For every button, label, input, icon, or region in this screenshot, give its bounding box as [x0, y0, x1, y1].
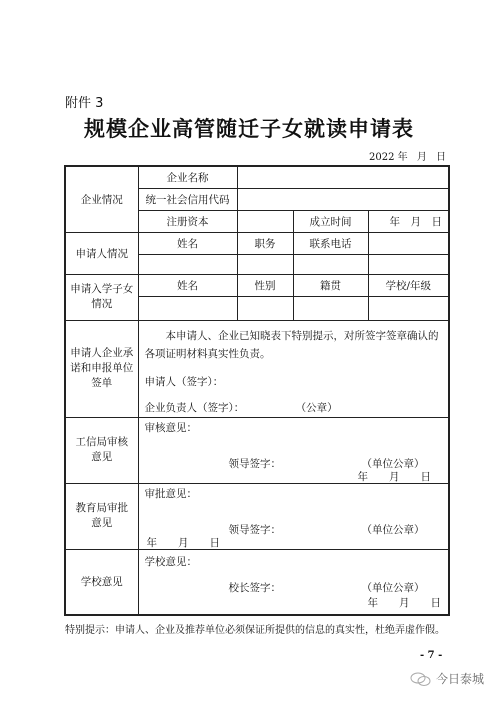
applicant-header-phone: 联系电话	[293, 232, 368, 254]
applicant-signature-label: 申请人（签字）：	[145, 373, 443, 391]
registered-capital-field[interactable]	[237, 210, 293, 232]
school-date: 年 月 日	[368, 595, 442, 610]
school-section-label: 学校意见	[65, 549, 138, 615]
established-label: 成立时间	[293, 210, 368, 232]
commitment-statement: 本申请人、企业已知晓表下特别提示，对所签字签章确认的各项证明材料真实性负责。	[145, 327, 443, 363]
credit-code-field[interactable]	[237, 188, 449, 210]
date-day: 日	[436, 152, 446, 163]
child-section-label-text: 申请入学子女情况	[70, 283, 133, 310]
date-year: 2022 年	[369, 152, 408, 163]
applicant-section-label: 申请人情况	[65, 232, 138, 274]
child-section-label: 申请入学子女情况	[65, 274, 138, 320]
industry-bureau-date: 年 月 日	[358, 469, 432, 484]
industry-bureau-leader-sign: 领导签字：	[229, 456, 282, 471]
school-opinion-area[interactable]: 学校意见： 校长签字： （单位公章） 年 月 日	[138, 549, 449, 615]
child-header-gender: 性别	[237, 274, 293, 296]
education-bureau-section-label: 教育局审批意见	[65, 483, 138, 549]
applicant-name-field[interactable]	[138, 254, 237, 274]
enterprise-section-label: 企业情况	[65, 166, 138, 232]
applicant-extra-field[interactable]	[293, 254, 368, 274]
child-gender-field[interactable]	[237, 296, 293, 320]
industry-bureau-opinion-label: 审核意见：	[145, 420, 198, 435]
enterprise-signature-row: 企业负责人（签字）： （公章）	[145, 399, 443, 417]
commitment-section-label: 申请人企业承诺和申报单位签单	[65, 320, 138, 417]
registered-capital-label: 注册资本	[138, 210, 237, 232]
applicant-header-name: 姓名	[138, 232, 237, 254]
child-header-name: 姓名	[138, 274, 237, 296]
school-opinion-label: 学校意见：	[145, 554, 198, 569]
credit-code-label: 统一社会信用代码	[138, 188, 237, 210]
applicant-header-position: 职务	[237, 232, 293, 254]
established-date-field[interactable]: 年 月 日	[368, 210, 449, 232]
industry-bureau-section-label: 工信局审核意见	[65, 417, 138, 483]
wechat-icon	[410, 672, 432, 686]
attachment-label: 附件 3	[65, 92, 103, 111]
applicant-phone-field[interactable]	[368, 232, 449, 254]
watermark: 今日泰城	[410, 670, 484, 687]
enterprise-name-label: 企业名称	[138, 166, 237, 188]
form-date: 2022 年 月 日	[363, 148, 446, 163]
child-header-school: 学校/年级	[368, 274, 449, 296]
education-bureau-opinion-area[interactable]: 审批意见： 领导签字： （单位公章） 年 月 日	[138, 483, 449, 549]
special-notice: 特别提示：申请人、企业及推荐单位必须保证所提供的信息的真实性，杜绝弄虚作假。	[65, 621, 445, 636]
applicant-extra-field-2[interactable]	[368, 254, 449, 274]
page-title: 规模企业高管随迁子女就读申请表	[0, 113, 498, 143]
child-name-field[interactable]	[138, 296, 237, 320]
date-month: 月	[417, 152, 427, 163]
school-seal: （单位公章）	[362, 580, 425, 595]
enterprise-signature-label: 企业负责人（签字）：	[145, 402, 245, 414]
child-school-field[interactable]	[368, 296, 449, 320]
school-principal-sign: 校长签字：	[229, 580, 282, 595]
child-header-origin: 籍贯	[293, 274, 368, 296]
enterprise-seal-label: （公章）	[296, 402, 338, 414]
watermark-text: 今日泰城	[436, 670, 484, 687]
enterprise-name-field[interactable]	[237, 166, 449, 188]
education-bureau-date: 年 月 日	[147, 535, 221, 550]
education-bureau-opinion-label: 审批意见：	[145, 486, 198, 501]
industry-bureau-opinion-area[interactable]: 审核意见： 领导签字： （单位公章） 年 月 日	[138, 417, 449, 483]
education-bureau-seal: （单位公章）	[362, 522, 425, 537]
page-number: - 7 -	[420, 650, 442, 661]
child-origin-field[interactable]	[293, 296, 368, 320]
applicant-position-field[interactable]	[237, 254, 293, 274]
education-bureau-leader-sign: 领导签字：	[229, 522, 282, 537]
application-form-table: 企业情况 企业名称 统一社会信用代码 注册资本 成立时间 年 月 日 申请人情况…	[64, 165, 450, 616]
